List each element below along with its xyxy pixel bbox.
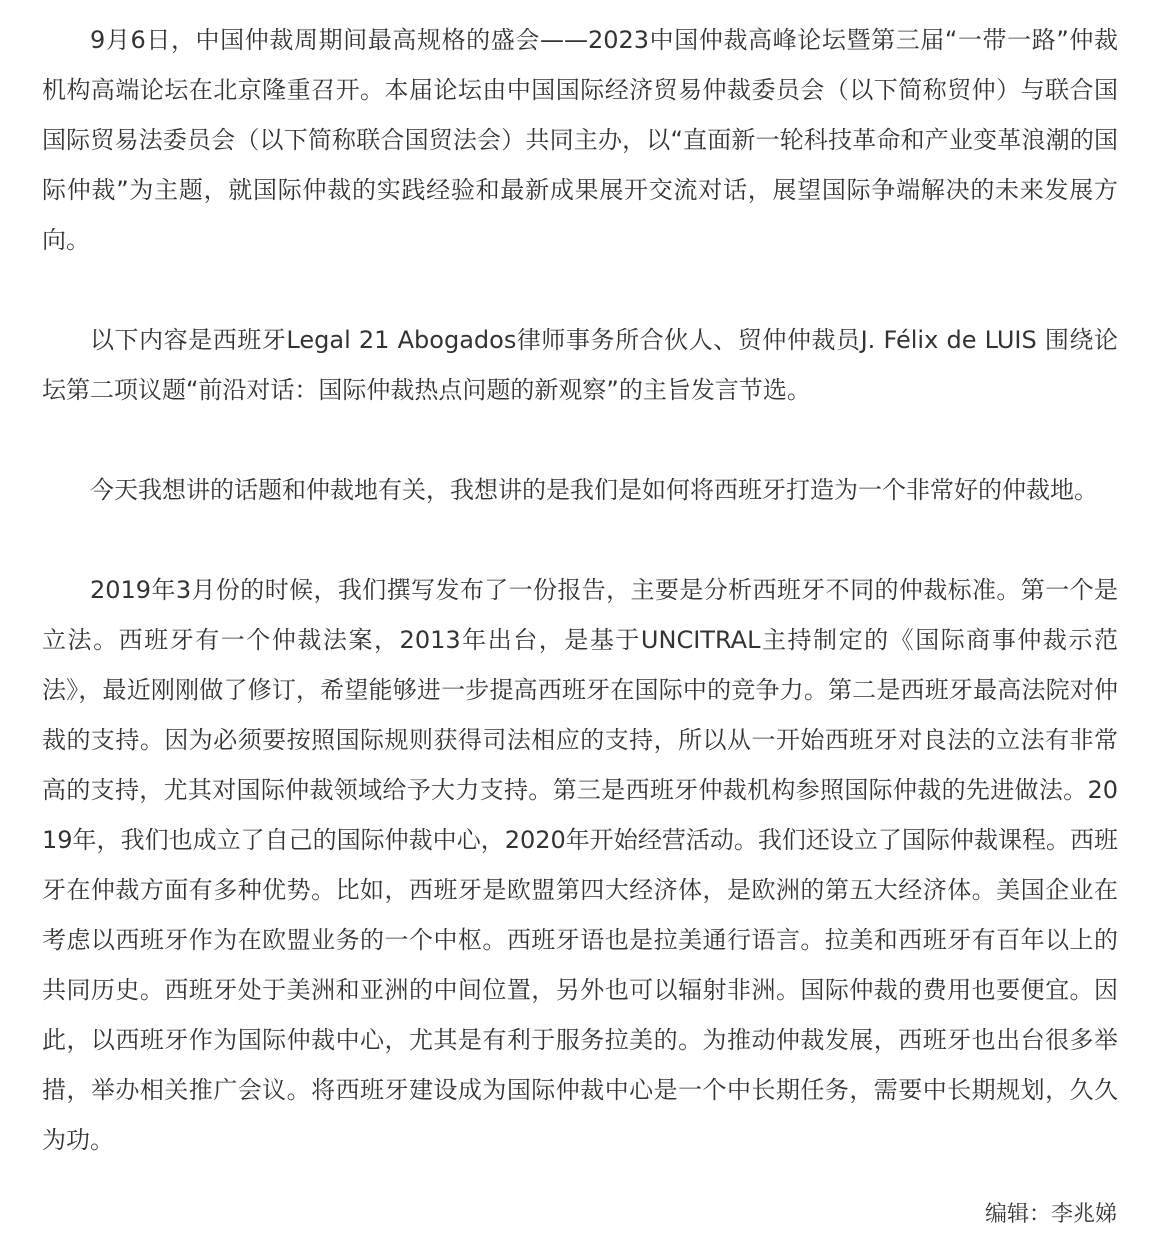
paragraph-spacer xyxy=(42,415,1118,465)
paragraph-speaker-intro: 以下内容是西班牙Legal 21 Abogados律师事务所合伙人、贸仲仲裁员J… xyxy=(42,315,1118,415)
article-body: 9月6日，中国仲裁周期间最高规格的盛会——2023中国仲裁高峰论坛暨第三届“一带… xyxy=(42,15,1118,1165)
paragraph-spacer xyxy=(42,515,1118,565)
paragraph-speech-body: 2019年3月份的时候，我们撰写发布了一份报告，主要是分析西班牙不同的仲裁标准。… xyxy=(42,565,1118,1165)
paragraph-spacer xyxy=(42,265,1118,315)
paragraph-intro: 9月6日，中国仲裁周期间最高规格的盛会——2023中国仲裁高峰论坛暨第三届“一带… xyxy=(42,15,1118,265)
editor-credit: 编辑：李兆娣 xyxy=(985,1190,1117,1240)
paragraph-topic: 今天我想讲的话题和仲裁地有关，我想讲的是我们是如何将西班牙打造为一个非常好的仲裁… xyxy=(42,465,1118,515)
